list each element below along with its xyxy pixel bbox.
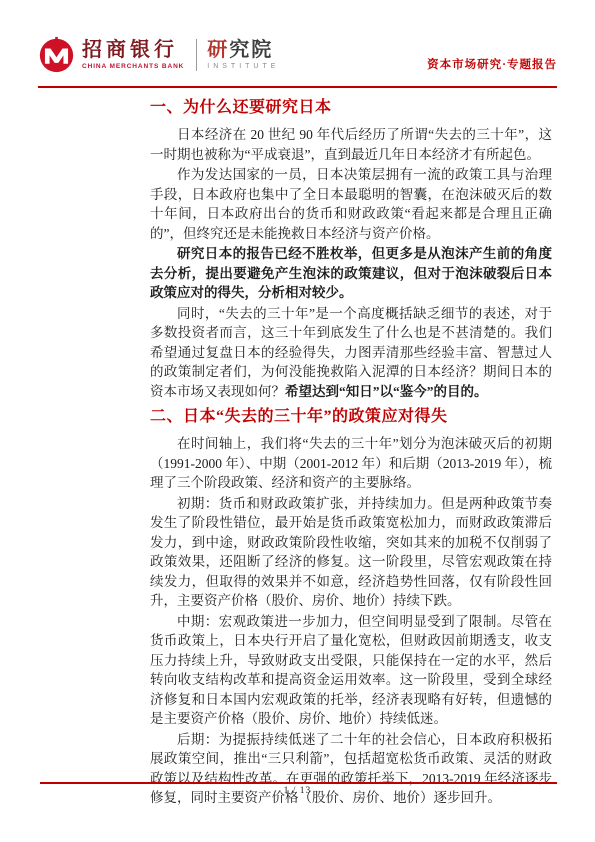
paragraph: 日本经济在 20 世纪 90 年代后经历了所谓“失去的三十年”，这一时期也被称为… xyxy=(150,125,552,164)
brand-block: 招商银行 CHINA MERCHANTS BANK xyxy=(82,39,184,70)
logo-divider xyxy=(196,39,197,71)
brand-name-en: CHINA MERCHANTS BANK xyxy=(82,63,184,70)
paragraph: 初期：货币和财政政策扩张，并持续加力。但是两种政策节奏发生了阶段性错位，最开始是… xyxy=(150,494,552,611)
paragraph: 中期：宏观政策进一步加力，但空间明显受到了限制。尽管在货币政策上，日本央行开启了… xyxy=(150,612,552,729)
page-number: 1 / 13 xyxy=(0,786,595,796)
section-2-title: 二、日本“失去的三十年”的政策应对得失 xyxy=(150,407,552,427)
section-1-title: 一、为什么还要研究日本 xyxy=(150,98,552,118)
institute-name-en: INSTITUTE xyxy=(207,63,279,70)
paragraph-bold-tail: 希望达到“知日”以“鉴今”的目的。 xyxy=(285,384,488,399)
brand-name-cn: 招商银行 xyxy=(82,39,184,61)
cmb-bank-emblem-icon xyxy=(38,36,75,73)
report-page: 招商银行 CHINA MERCHANTS BANK 研究院 INSTITUTE … xyxy=(0,0,595,842)
institute-name-rest: 究院 xyxy=(229,39,273,61)
institute-name-cn: 研究院 xyxy=(207,39,279,61)
institute-block: 研究院 INSTITUTE xyxy=(207,39,279,70)
footer-rule xyxy=(40,782,557,784)
cmb-logo: 招商银行 CHINA MERCHANTS BANK 研究院 INSTITUTE xyxy=(38,36,279,73)
report-type-label: 资本市场研究·专题报告 xyxy=(427,56,557,72)
paragraph: 同时，“失去的三十年”是一个高度概括缺乏细节的表述，对于多数投资者而言，这三十年… xyxy=(150,304,552,402)
page-header: 招商银行 CHINA MERCHANTS BANK 研究院 INSTITUTE … xyxy=(38,36,557,73)
paragraph-bold: 研究日本的报告已经不胜枚举，但更多是从泡沫产生前的角度去分析，提出要避免产生泡沫… xyxy=(150,244,552,303)
paragraph: 在时间轴上，我们将“失去的三十年”划分为泡沫破灭后的初期（1991-2000 年… xyxy=(150,434,552,493)
document-body: 一、为什么还要研究日本 日本经济在 20 世纪 90 年代后经历了所谓“失去的三… xyxy=(150,96,552,809)
institute-name-accent: 研 xyxy=(207,39,229,61)
paragraph: 作为发达国家的一员，日本决策层拥有一流的政策工具与治理手段，日本政府也集中了全日… xyxy=(150,165,552,243)
header-rule xyxy=(38,86,557,88)
